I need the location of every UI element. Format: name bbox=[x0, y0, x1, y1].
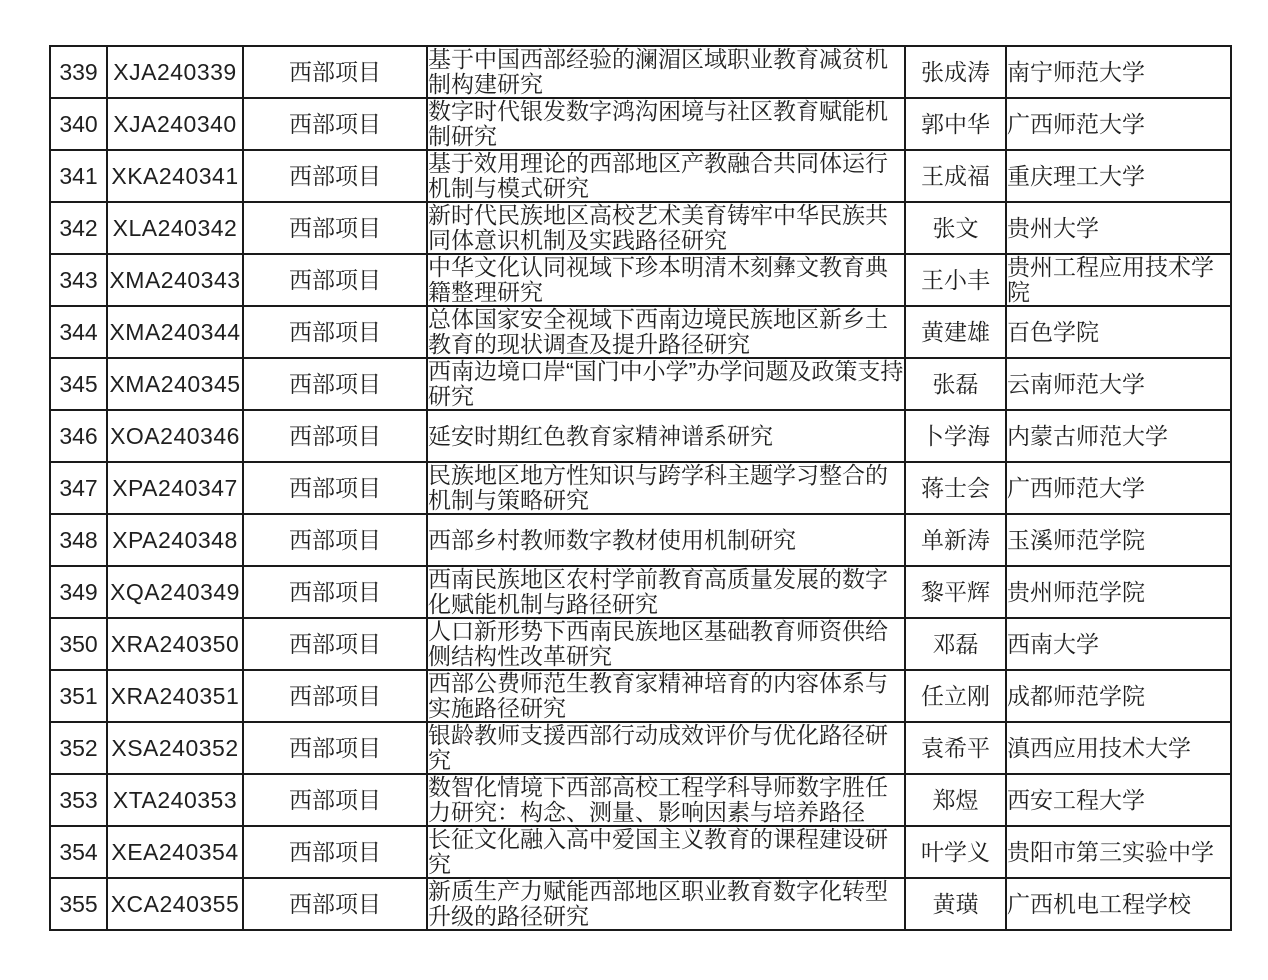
leader-institution-cell: 广西师范大学 bbox=[1006, 98, 1231, 150]
project-category-cell: 西部项目 bbox=[243, 306, 427, 358]
project-title-cell: 西南民族地区农村学前教育高质量发展的数字化赋能机制与路径研究 bbox=[427, 566, 905, 618]
leader-institution-cell: 西南大学 bbox=[1006, 618, 1231, 670]
leader-institution-cell: 百色学院 bbox=[1006, 306, 1231, 358]
table-row: 354 XEA240354 西部项目 长征文化融入高中爱国主义教育的课程建设研究… bbox=[50, 826, 1231, 878]
table-row: 347 XPA240347 西部项目 民族地区地方性知识与跨学科主题学习整合的机… bbox=[50, 462, 1231, 514]
row-number-cell: 351 bbox=[50, 670, 107, 722]
project-category-cell: 西部项目 bbox=[243, 618, 427, 670]
project-title-cell: 中华文化认同视域下珍本明清木刻彝文教育典籍整理研究 bbox=[427, 254, 905, 306]
table-row: 346 XOA240346 西部项目 延安时期红色教育家精神谱系研究 卜学海 内… bbox=[50, 410, 1231, 462]
project-code-cell: XTA240353 bbox=[107, 774, 243, 826]
project-category-cell: 西部项目 bbox=[243, 826, 427, 878]
leader-institution-cell: 广西师范大学 bbox=[1006, 462, 1231, 514]
project-title-cell: 西部乡村教师数字教材使用机制研究 bbox=[427, 514, 905, 566]
project-category-cell: 西部项目 bbox=[243, 202, 427, 254]
project-code-cell: XMA240345 bbox=[107, 358, 243, 410]
row-number-cell: 345 bbox=[50, 358, 107, 410]
project-code-cell: XPA240348 bbox=[107, 514, 243, 566]
project-category-cell: 西部项目 bbox=[243, 514, 427, 566]
table-row: 340 XJA240340 西部项目 数字时代银发数字鸿沟困境与社区教育赋能机制… bbox=[50, 98, 1231, 150]
project-category-cell: 西部项目 bbox=[243, 774, 427, 826]
row-number-cell: 343 bbox=[50, 254, 107, 306]
projects-table-body: 339 XJA240339 西部项目 基于中国西部经验的澜湄区域职业教育减贫机制… bbox=[50, 46, 1231, 930]
leader-institution-cell: 滇西应用技术大学 bbox=[1006, 722, 1231, 774]
leader-institution-cell: 贵阳市第三实验中学 bbox=[1006, 826, 1231, 878]
project-leader-cell: 蒋士会 bbox=[905, 462, 1006, 514]
table-row: 341 XKA240341 西部项目 基于效用理论的西部地区产教融合共同体运行机… bbox=[50, 150, 1231, 202]
row-number-cell: 355 bbox=[50, 878, 107, 930]
table-row: 345 XMA240345 西部项目 西南边境口岸“国门中小学”办学问题及政策支… bbox=[50, 358, 1231, 410]
project-leader-cell: 黎平辉 bbox=[905, 566, 1006, 618]
project-code-cell: XEA240354 bbox=[107, 826, 243, 878]
project-code-cell: XMA240343 bbox=[107, 254, 243, 306]
project-title-cell: 新质生产力赋能西部地区职业教育数字化转型升级的路径研究 bbox=[427, 878, 905, 930]
projects-table-container: 339 XJA240339 西部项目 基于中国西部经验的澜湄区域职业教育减贫机制… bbox=[49, 45, 1232, 931]
table-row: 350 XRA240350 西部项目 人口新形势下西南民族地区基础教育师资供给侧… bbox=[50, 618, 1231, 670]
project-leader-cell: 邓磊 bbox=[905, 618, 1006, 670]
table-row: 351 XRA240351 西部项目 西部公费师范生教育家精神培育的内容体系与实… bbox=[50, 670, 1231, 722]
project-code-cell: XJA240340 bbox=[107, 98, 243, 150]
row-number-cell: 340 bbox=[50, 98, 107, 150]
project-leader-cell: 张成涛 bbox=[905, 46, 1006, 98]
leader-institution-cell: 重庆理工大学 bbox=[1006, 150, 1231, 202]
table-row: 344 XMA240344 西部项目 总体国家安全视域下西南边境民族地区新乡土教… bbox=[50, 306, 1231, 358]
project-code-cell: XJA240339 bbox=[107, 46, 243, 98]
project-category-cell: 西部项目 bbox=[243, 254, 427, 306]
row-number-cell: 346 bbox=[50, 410, 107, 462]
project-category-cell: 西部项目 bbox=[243, 358, 427, 410]
project-title-cell: 延安时期红色教育家精神谱系研究 bbox=[427, 410, 905, 462]
project-leader-cell: 黄建雄 bbox=[905, 306, 1006, 358]
project-leader-cell: 黄璜 bbox=[905, 878, 1006, 930]
leader-institution-cell: 玉溪师范学院 bbox=[1006, 514, 1231, 566]
project-title-cell: 数智化情境下西部高校工程学科导师数字胜任力研究：构念、测量、影响因素与培养路径 bbox=[427, 774, 905, 826]
document-page: 339 XJA240339 西部项目 基于中国西部经验的澜湄区域职业教育减贫机制… bbox=[0, 0, 1268, 980]
row-number-cell: 353 bbox=[50, 774, 107, 826]
project-title-cell: 基于效用理论的西部地区产教融合共同体运行机制与模式研究 bbox=[427, 150, 905, 202]
leader-institution-cell: 云南师范大学 bbox=[1006, 358, 1231, 410]
project-leader-cell: 卜学海 bbox=[905, 410, 1006, 462]
row-number-cell: 342 bbox=[50, 202, 107, 254]
project-leader-cell: 叶学义 bbox=[905, 826, 1006, 878]
project-category-cell: 西部项目 bbox=[243, 670, 427, 722]
project-category-cell: 西部项目 bbox=[243, 410, 427, 462]
leader-institution-cell: 广西机电工程学校 bbox=[1006, 878, 1231, 930]
project-category-cell: 西部项目 bbox=[243, 462, 427, 514]
project-leader-cell: 任立刚 bbox=[905, 670, 1006, 722]
project-title-cell: 银龄教师支援西部行动成效评价与优化路径研究 bbox=[427, 722, 905, 774]
project-category-cell: 西部项目 bbox=[243, 878, 427, 930]
project-leader-cell: 王成福 bbox=[905, 150, 1006, 202]
project-category-cell: 西部项目 bbox=[243, 150, 427, 202]
row-number-cell: 354 bbox=[50, 826, 107, 878]
row-number-cell: 349 bbox=[50, 566, 107, 618]
project-title-cell: 人口新形势下西南民族地区基础教育师资供给侧结构性改革研究 bbox=[427, 618, 905, 670]
leader-institution-cell: 贵州师范学院 bbox=[1006, 566, 1231, 618]
leader-institution-cell: 贵州工程应用技术学院 bbox=[1006, 254, 1231, 306]
project-title-cell: 新时代民族地区高校艺术美育铸牢中华民族共同体意识机制及实践路径研究 bbox=[427, 202, 905, 254]
row-number-cell: 352 bbox=[50, 722, 107, 774]
project-code-cell: XCA240355 bbox=[107, 878, 243, 930]
project-code-cell: XPA240347 bbox=[107, 462, 243, 514]
project-title-cell: 长征文化融入高中爱国主义教育的课程建设研究 bbox=[427, 826, 905, 878]
leader-institution-cell: 西安工程大学 bbox=[1006, 774, 1231, 826]
row-number-cell: 350 bbox=[50, 618, 107, 670]
project-code-cell: XKA240341 bbox=[107, 150, 243, 202]
project-title-cell: 基于中国西部经验的澜湄区域职业教育减贫机制构建研究 bbox=[427, 46, 905, 98]
table-row: 352 XSA240352 西部项目 银龄教师支援西部行动成效评价与优化路径研究… bbox=[50, 722, 1231, 774]
project-leader-cell: 王小丰 bbox=[905, 254, 1006, 306]
row-number-cell: 347 bbox=[50, 462, 107, 514]
project-leader-cell: 袁希平 bbox=[905, 722, 1006, 774]
project-leader-cell: 张磊 bbox=[905, 358, 1006, 410]
project-code-cell: XRA240350 bbox=[107, 618, 243, 670]
row-number-cell: 341 bbox=[50, 150, 107, 202]
row-number-cell: 339 bbox=[50, 46, 107, 98]
project-category-cell: 西部项目 bbox=[243, 98, 427, 150]
leader-institution-cell: 贵州大学 bbox=[1006, 202, 1231, 254]
table-row: 342 XLA240342 西部项目 新时代民族地区高校艺术美育铸牢中华民族共同… bbox=[50, 202, 1231, 254]
row-number-cell: 348 bbox=[50, 514, 107, 566]
project-category-cell: 西部项目 bbox=[243, 46, 427, 98]
row-number-cell: 344 bbox=[50, 306, 107, 358]
projects-table: 339 XJA240339 西部项目 基于中国西部经验的澜湄区域职业教育减贫机制… bbox=[49, 45, 1232, 931]
table-row: 343 XMA240343 西部项目 中华文化认同视域下珍本明清木刻彝文教育典籍… bbox=[50, 254, 1231, 306]
project-leader-cell: 郭中华 bbox=[905, 98, 1006, 150]
project-title-cell: 数字时代银发数字鸿沟困境与社区教育赋能机制研究 bbox=[427, 98, 905, 150]
project-category-cell: 西部项目 bbox=[243, 566, 427, 618]
table-row: 355 XCA240355 西部项目 新质生产力赋能西部地区职业教育数字化转型升… bbox=[50, 878, 1231, 930]
leader-institution-cell: 内蒙古师范大学 bbox=[1006, 410, 1231, 462]
table-row: 349 XQA240349 西部项目 西南民族地区农村学前教育高质量发展的数字化… bbox=[50, 566, 1231, 618]
project-title-cell: 民族地区地方性知识与跨学科主题学习整合的机制与策略研究 bbox=[427, 462, 905, 514]
project-title-cell: 总体国家安全视域下西南边境民族地区新乡土教育的现状调查及提升路径研究 bbox=[427, 306, 905, 358]
table-row: 339 XJA240339 西部项目 基于中国西部经验的澜湄区域职业教育减贫机制… bbox=[50, 46, 1231, 98]
project-code-cell: XOA240346 bbox=[107, 410, 243, 462]
project-title-cell: 西部公费师范生教育家精神培育的内容体系与实施路径研究 bbox=[427, 670, 905, 722]
project-leader-cell: 郑煜 bbox=[905, 774, 1006, 826]
project-category-cell: 西部项目 bbox=[243, 722, 427, 774]
project-code-cell: XQA240349 bbox=[107, 566, 243, 618]
project-code-cell: XSA240352 bbox=[107, 722, 243, 774]
leader-institution-cell: 成都师范学院 bbox=[1006, 670, 1231, 722]
leader-institution-cell: 南宁师范大学 bbox=[1006, 46, 1231, 98]
project-leader-cell: 单新涛 bbox=[905, 514, 1006, 566]
project-title-cell: 西南边境口岸“国门中小学”办学问题及政策支持研究 bbox=[427, 358, 905, 410]
project-code-cell: XMA240344 bbox=[107, 306, 243, 358]
table-row: 353 XTA240353 西部项目 数智化情境下西部高校工程学科导师数字胜任力… bbox=[50, 774, 1231, 826]
table-row: 348 XPA240348 西部项目 西部乡村教师数字教材使用机制研究 单新涛 … bbox=[50, 514, 1231, 566]
project-code-cell: XRA240351 bbox=[107, 670, 243, 722]
project-leader-cell: 张文 bbox=[905, 202, 1006, 254]
project-code-cell: XLA240342 bbox=[107, 202, 243, 254]
